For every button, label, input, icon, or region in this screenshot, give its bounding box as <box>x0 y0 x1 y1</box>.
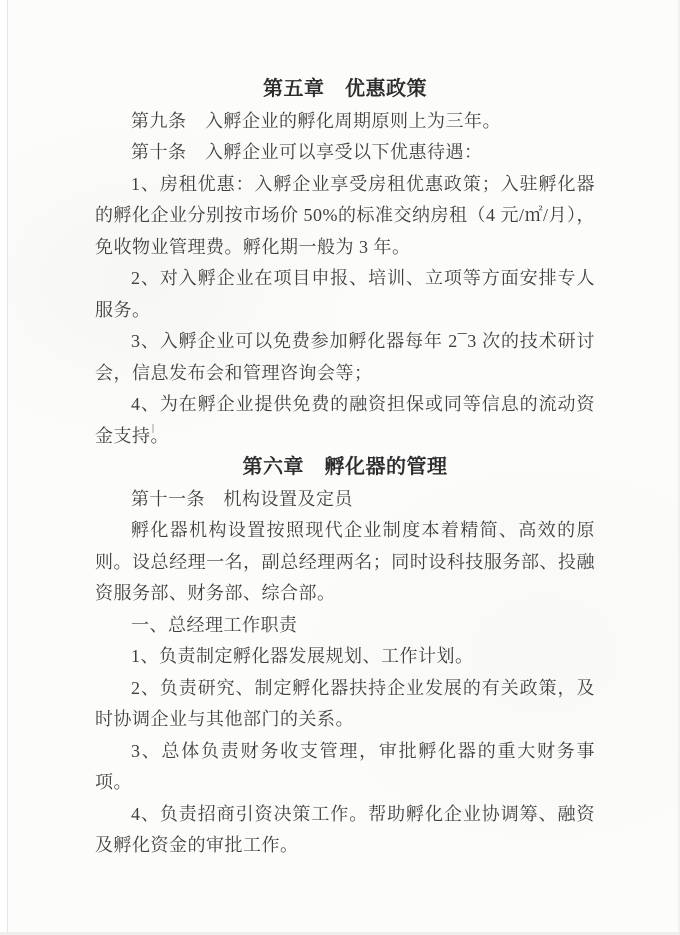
paragraph: 第十一条 机构设置及定员 <box>95 484 595 516</box>
document-body: 第五章 优惠政策第九条 入孵企业的孵化周期原则上为三年。第十条 入孵企业可以享受… <box>95 74 595 862</box>
paragraph: 第十条 入孵企业可以享受以下优惠待遇： <box>95 137 595 169</box>
paragraph: 2、负责研究、制定孵化器扶持企业发展的有关政策，及时协调企业与其他部门的关系。 <box>95 673 595 736</box>
paragraph: 2、对入孵企业在项目申报、培训、立项等方面安排专人服务。 <box>95 263 595 326</box>
paragraph: 孵化器机构设置按照现代企业制度本着精简、高效的原则。设总经理一名，副总经理两名；… <box>95 515 595 610</box>
scan-artifact-mark <box>152 424 154 433</box>
chapter-heading: 第六章 孵化器的管理 <box>95 452 595 484</box>
paragraph: 3、总体负责财务收支管理，审批孵化器的重大财务事项。 <box>95 736 595 799</box>
paragraph: 3、入孵企业可以免费参加孵化器每年 2¯3 次的技术研讨会，信息发布会和管理咨询… <box>95 326 595 389</box>
scan-left-edge <box>0 0 8 935</box>
paragraph: 1、房租优惠：入孵企业享受房租优惠政策；入驻孵化器的孵化企业分别按市场价 50%… <box>95 169 595 264</box>
paragraph: 一、总经理工作职责 <box>95 610 595 642</box>
paragraph: 4、为在孵企业提供免费的融资担保或同等信息的流动资金支持。 <box>95 389 595 452</box>
paragraph: 1、负责制定孵化器发展规划、工作计划。 <box>95 641 595 673</box>
paragraph: 4、负责招商引资决策工作。帮助孵化企业协调筹、融资及孵化资金的审批工作。 <box>95 799 595 862</box>
chapter-heading: 第五章 优惠政策 <box>95 74 595 106</box>
paragraph: 第九条 入孵企业的孵化周期原则上为三年。 <box>95 106 595 138</box>
scanned-document-page: 第五章 优惠政策第九条 入孵企业的孵化周期原则上为三年。第十条 入孵企业可以享受… <box>0 0 680 935</box>
